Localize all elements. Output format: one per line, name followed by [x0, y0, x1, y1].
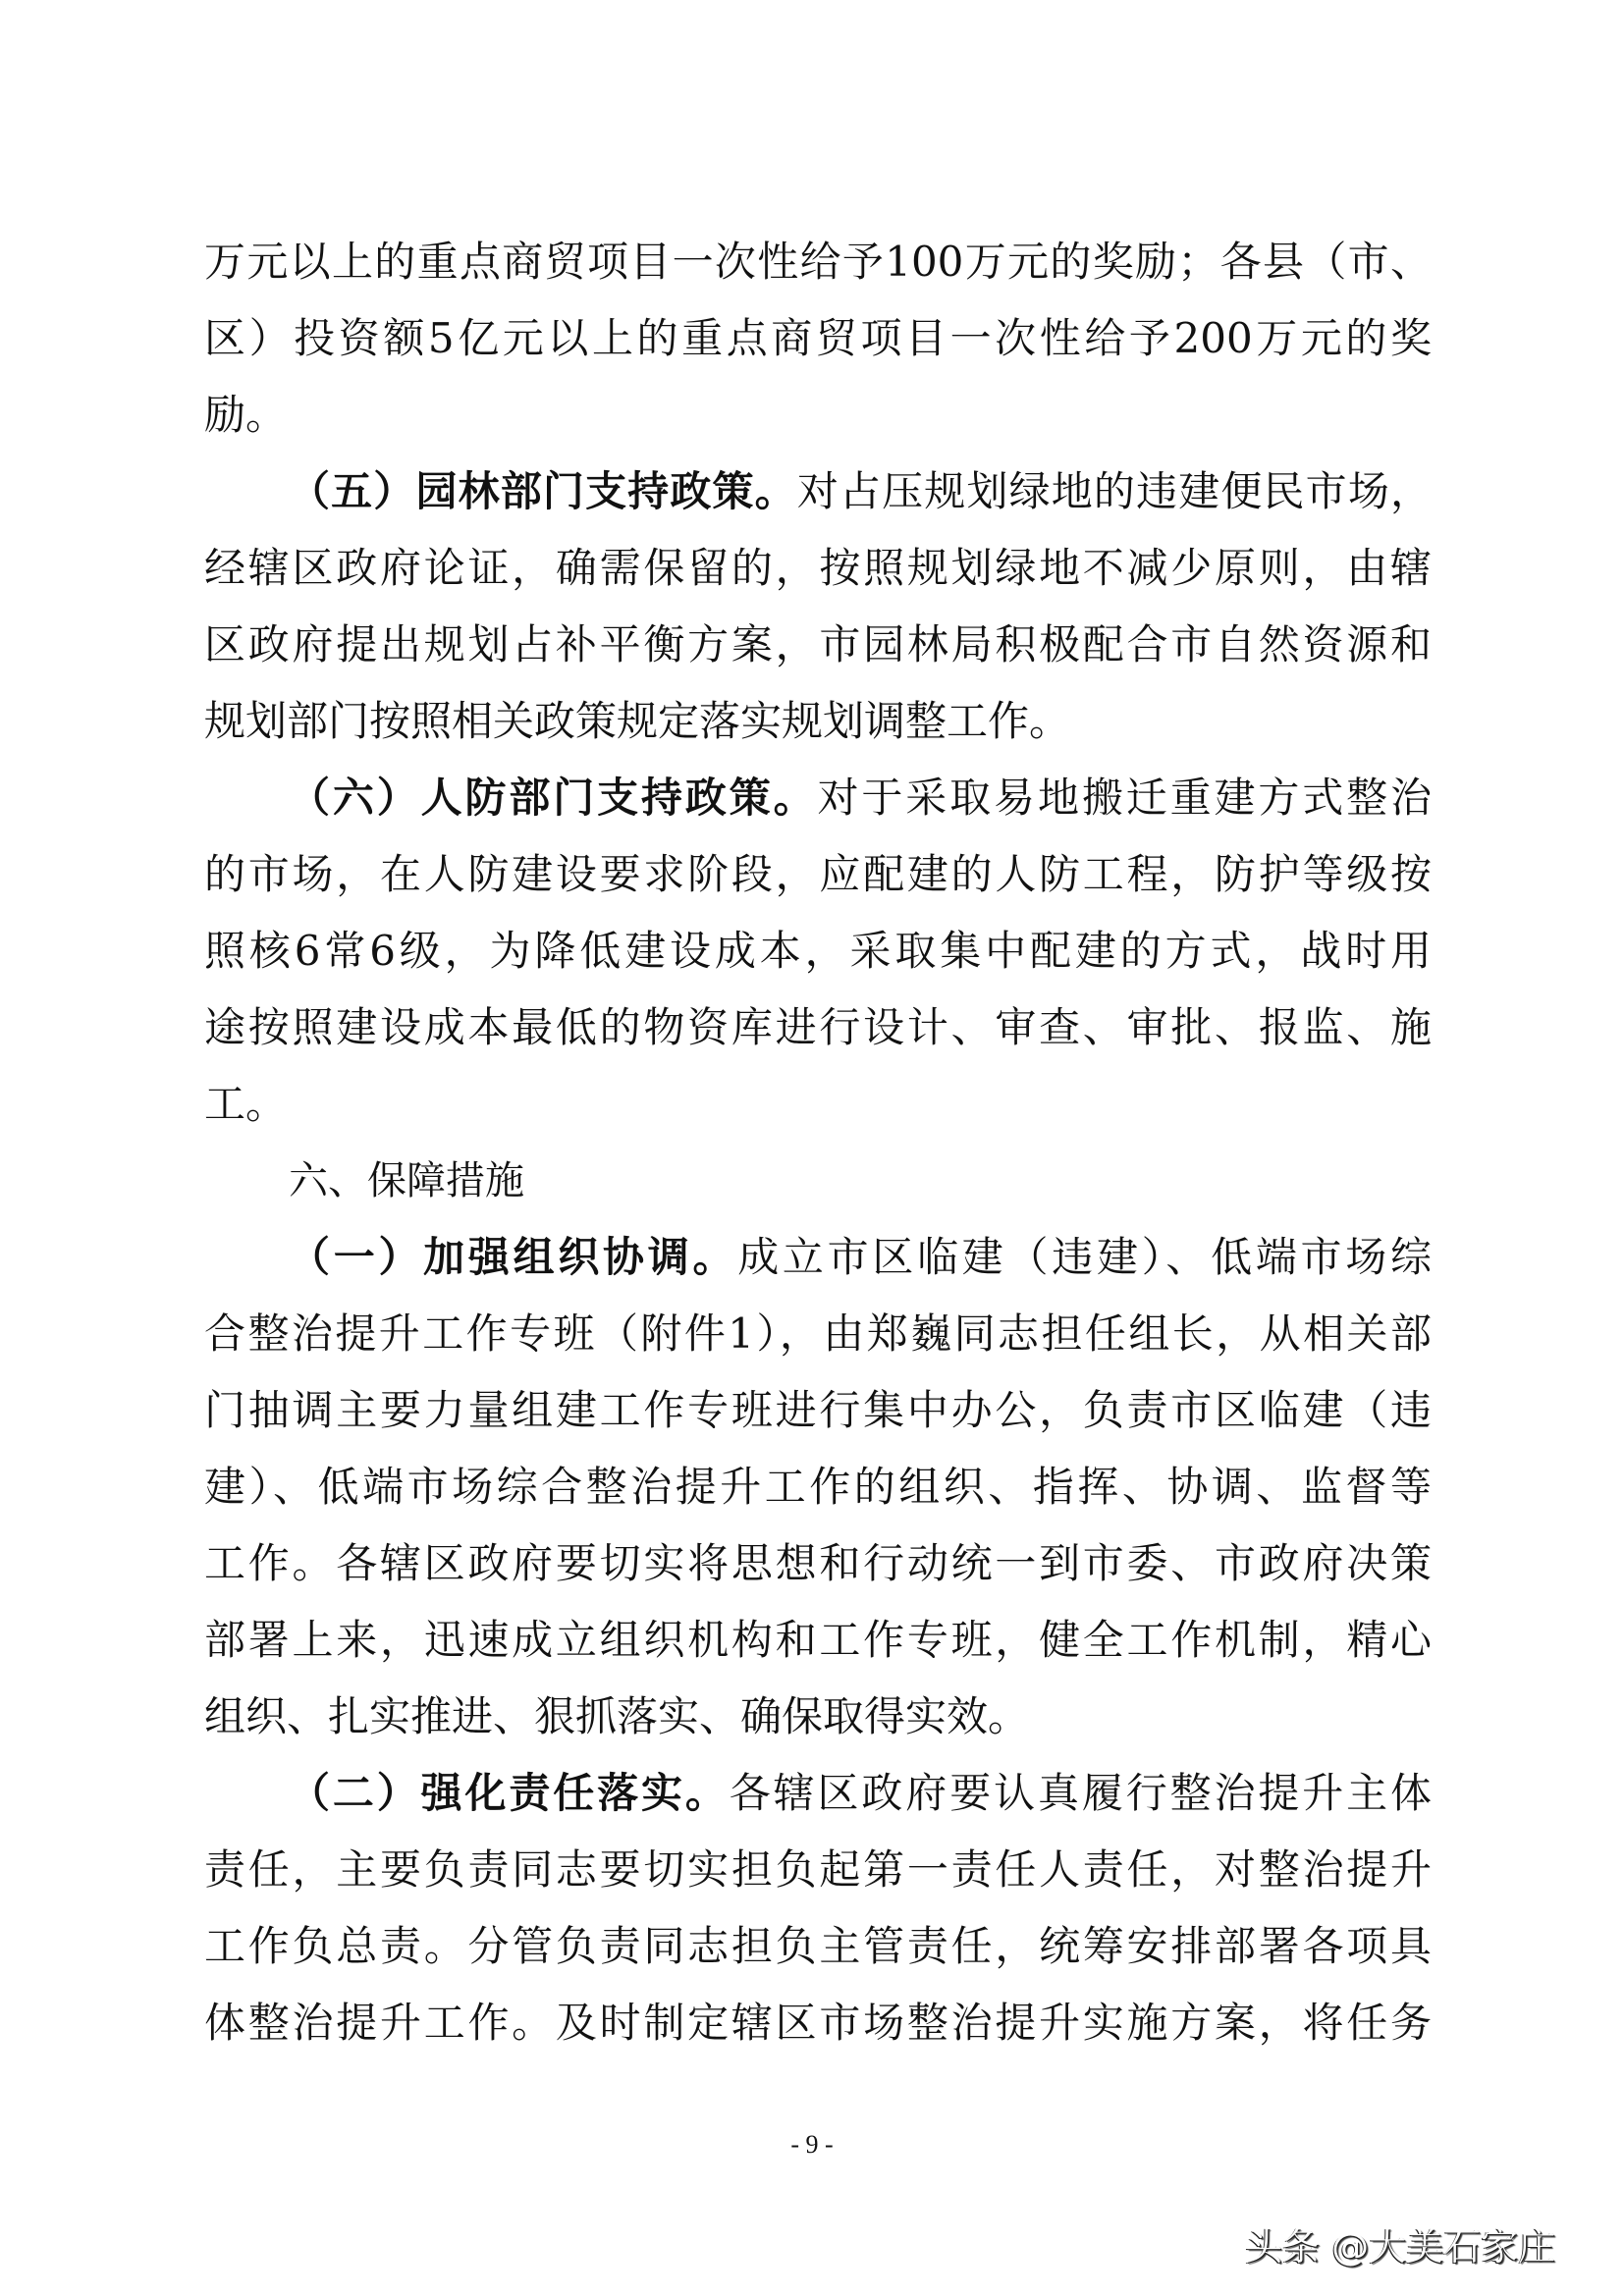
paragraph-heading: （二）强化责任落实。: [289, 1769, 730, 1817]
text-line: 照核6常6级，为降低建设成本，采取集中配建的方式，战时用: [204, 913, 1432, 989]
page-number: - 9 -: [0, 2130, 1624, 2160]
paragraph-text: 各辖区政府要认真履行整治提升主体: [730, 1769, 1432, 1817]
text-line: 建）、低端市场综合整治提升工作的组织、指挥、协调、监督等: [204, 1449, 1432, 1525]
text-line: 规划部门按照相关政策规定落实规划调整工作。: [204, 683, 1432, 760]
paragraph-heading: （一）加强组织协调。: [289, 1233, 737, 1281]
paragraph-start-line: （一）加强组织协调。成立市区临建（违建）、低端市场综: [204, 1219, 1432, 1296]
paragraph-start-line: （二）强化责任落实。各辖区政府要认真履行整治提升主体: [204, 1755, 1432, 1832]
text-line: 工作。各辖区政府要切实将思想和行动统一到市委、市政府决策: [204, 1525, 1432, 1602]
text-line: 工。: [204, 1066, 1432, 1143]
text-line: 励。: [204, 377, 1432, 454]
section-title: 六、保障措施: [204, 1143, 1432, 1219]
text-line: 区）投资额5亿元以上的重点商贸项目一次性给予200万元的奖: [204, 300, 1432, 377]
text-line: 万元以上的重点商贸项目一次性给予100万元的奖励；各县（市、: [204, 224, 1432, 300]
paragraph-heading: （五）园林部门支持政策。: [289, 467, 797, 515]
watermark: 头条 @大美石家庄: [1245, 2216, 1555, 2270]
text-line: 部署上来，迅速成立组织机构和工作专班，健全工作机制，精心: [204, 1602, 1432, 1679]
text-line: 途按照建设成本最低的物资库进行设计、审查、审批、报监、施: [204, 989, 1432, 1066]
text-line: 区政府提出规划占补平衡方案，市园林局积极配合市自然资源和: [204, 607, 1432, 683]
text-line: 组织、扎实推进、狠抓落实、确保取得实效。: [204, 1679, 1432, 1755]
text-line: 合整治提升工作专班（附件1），由郑巍同志担任组长，从相关部: [204, 1296, 1432, 1372]
paragraph-start-line: （五）园林部门支持政策。对占压规划绿地的违建便民市场，: [204, 454, 1432, 530]
document-body: 万元以上的重点商贸项目一次性给予100万元的奖励；各县（市、 区）投资额5亿元以…: [204, 224, 1432, 2061]
text-line: 工作负总责。分管负责同志担负主管责任，统筹安排部署各项具: [204, 1908, 1432, 1985]
paragraph-text: 对于采取易地搬迁重建方式整治: [818, 774, 1432, 822]
text-line: 责任，主要负责同志要切实担负起第一责任人责任，对整治提升: [204, 1832, 1432, 1908]
text-line: 经辖区政府论证，确需保留的，按照规划绿地不减少原则，由辖: [204, 530, 1432, 607]
paragraph-heading: （六）人防部门支持政策。: [289, 774, 818, 822]
paragraph-start-line: （六）人防部门支持政策。对于采取易地搬迁重建方式整治: [204, 760, 1432, 836]
text-line: 体整治提升工作。及时制定辖区市场整治提升实施方案，将任务: [204, 1985, 1432, 2061]
text-line: 门抽调主要力量组建工作专班进行集中办公，负责市区临建（违: [204, 1372, 1432, 1449]
paragraph-text: 成立市区临建（违建）、低端市场综: [737, 1233, 1432, 1281]
text-line: 的市场，在人防建设要求阶段，应配建的人防工程，防护等级按: [204, 836, 1432, 913]
paragraph-text: 对占压规划绿地的违建便民市场，: [797, 467, 1432, 515]
